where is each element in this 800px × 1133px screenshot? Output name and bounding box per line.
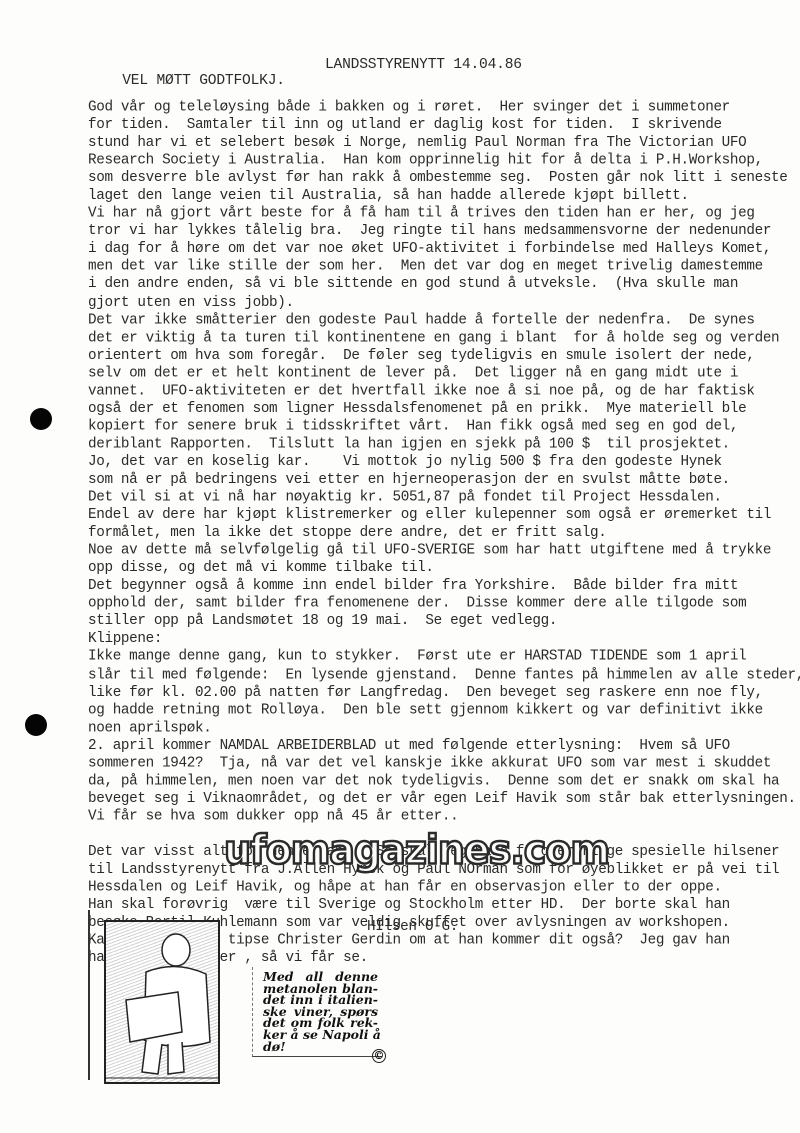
- hole-punch: [30, 408, 52, 430]
- text-line: som desverre ble avlyst før han rakk å o…: [88, 170, 800, 188]
- text-line: for tiden. Samtaler til inn og utland er…: [88, 117, 800, 135]
- text-line: opp disse, og det må vi komme tilbake ti…: [88, 560, 800, 578]
- text-line: også der et fenomen som ligner Hessdalsf…: [88, 400, 800, 418]
- text-line: tror vi har lykkes tålelig bra. Jeg ring…: [88, 223, 800, 241]
- text-line: Endel av dere har kjøpt klistremerker og…: [88, 507, 800, 525]
- text-line: som nå er på bedringens vei etter en hje…: [88, 471, 800, 489]
- cartoon-clipping: [88, 910, 202, 1080]
- text-line: Det vil si at vi nå har nøyaktig kr. 505…: [88, 489, 800, 507]
- text-line: slår til med følgende: En lysende gjenst…: [88, 666, 800, 684]
- cartoon-image: [104, 920, 220, 1084]
- text-line: beveget seg i Viknaområdet, og det er vå…: [88, 790, 800, 808]
- text-line: men det var like stille der som her. Men…: [88, 259, 800, 277]
- document-page: VEL MØTT GODTFOLKJ. LANDSSTYRENYTT 14.04…: [0, 0, 800, 1133]
- text-line: 2. april kommer NAMDAL ARBEIDERBLAD ut m…: [88, 737, 800, 755]
- text-line: Ikke mange denne gang, kun to stykker. F…: [88, 649, 800, 667]
- text-line: noen aprilspøk.: [88, 720, 800, 738]
- text-line: Det var ikke småtterier den godeste Paul…: [88, 312, 800, 330]
- watermark: ufomagazines.com: [224, 830, 609, 870]
- text-line: da, på himmelen, men noen var det nok ty…: [88, 773, 800, 791]
- text-line: Det begynner også å komme inn endel bild…: [88, 578, 800, 596]
- text-line: sommeren 1942? Tja, nå var det vel kansk…: [88, 755, 800, 773]
- hole-punch: [25, 714, 47, 736]
- signature: HIlsen O-G.: [367, 919, 458, 935]
- text-line: laget den lange veien til Australia, så …: [88, 188, 800, 206]
- text-line: opphold der, samt bilder fra fenomenene …: [88, 595, 800, 613]
- newsletter-title: LANDSSTYRENYTT 14.04.86: [325, 57, 522, 73]
- text-line: orientert om hva som foregår. De føler s…: [88, 347, 800, 365]
- text-line: vannet. UFO-aktiviteten er det hvertfall…: [88, 383, 800, 401]
- text-line: Vi får se hva som dukker opp nå 45 år et…: [88, 808, 800, 826]
- copyright-icon: ©: [372, 1049, 386, 1063]
- text-line: selv om det er et helt kontinent de leve…: [88, 365, 800, 383]
- newspaper-clipping: Med all dennemetanolen blan-det inn i it…: [252, 967, 382, 1057]
- text-line: Jo, det var en koselig kar. Vi mottok jo…: [88, 454, 800, 472]
- text-line: like før kl. 02.00 på natten før Langfre…: [88, 684, 800, 702]
- text-line: formålet, men la ikke det stoppe dere an…: [88, 524, 800, 542]
- text-line: Hessdalen og Leif Havik, og håpe at han …: [88, 879, 800, 897]
- text-line: God vår og teleløysing både i bakken og …: [88, 99, 800, 117]
- text-line: Noe av dette må selvfølgelig gå til UFO-…: [88, 542, 800, 560]
- cartoon-drawing: [106, 922, 218, 1082]
- text-line: Klippene:: [88, 631, 800, 649]
- text-line: i dag for å høre om det var noe øket UFO…: [88, 241, 800, 259]
- text-line: kopiert for senere bruk i tidsskriftet v…: [88, 418, 800, 436]
- text-line: Vi har nå gjort vårt beste for å få ham …: [88, 205, 800, 223]
- text-line: gjort uten en viss jobb).: [88, 294, 800, 312]
- text-line: og hadde retning mot Rolløya. Den ble se…: [88, 702, 800, 720]
- greeting: VEL MØTT GODTFOLKJ.: [122, 73, 285, 89]
- text-line: deriblant Rapporten. Tilslutt la han igj…: [88, 436, 800, 454]
- text-line: stund har vi et selebert besøk i Norge, …: [88, 134, 800, 152]
- text-line: stiller opp på Landsmøtet 18 og 19 mai. …: [88, 613, 800, 631]
- text-line: det er viktig å ta turen til kontinenten…: [88, 329, 800, 347]
- text-line: i den andre enden, så vi ble sittende en…: [88, 276, 800, 294]
- clipping-line: dø!: [263, 1041, 378, 1053]
- text-line: Research Society i Australia. Han kom op…: [88, 152, 800, 170]
